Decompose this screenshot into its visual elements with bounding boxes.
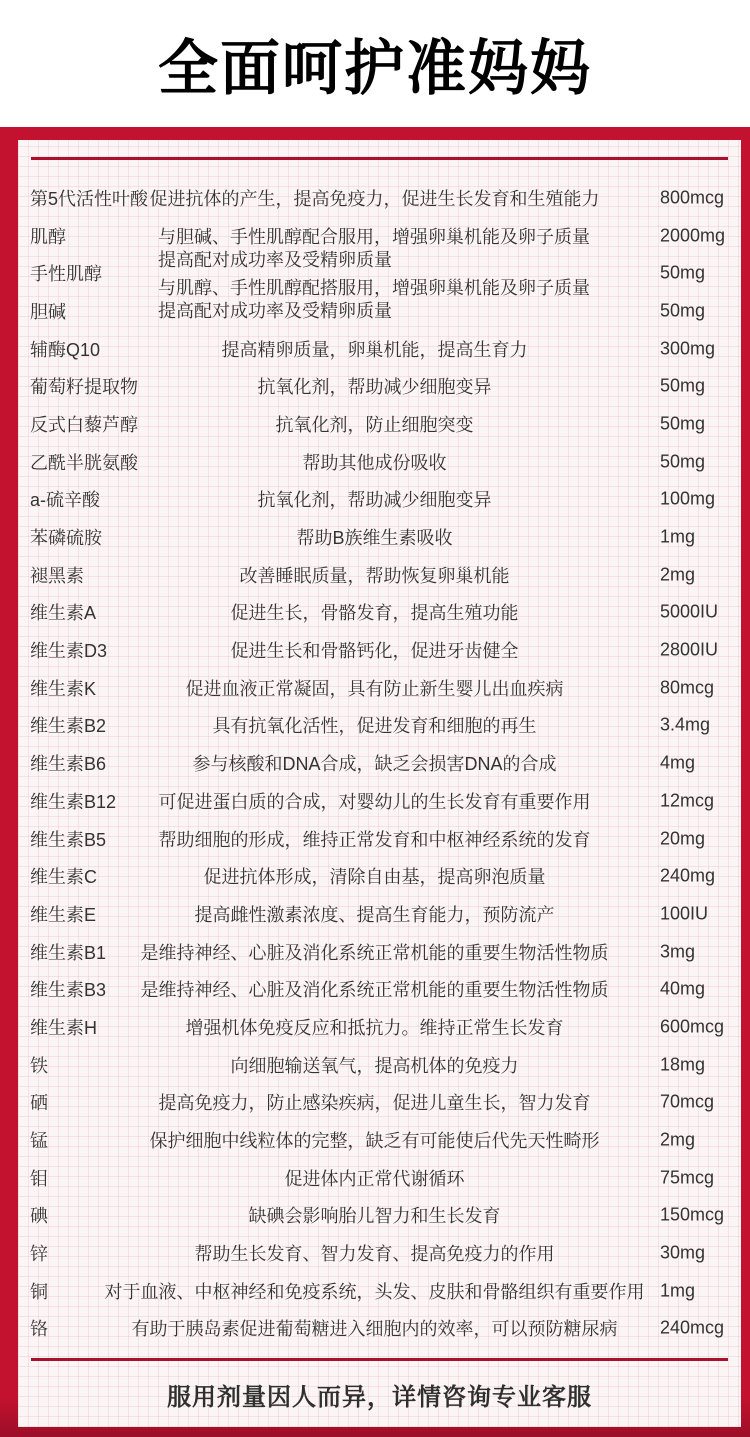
ingredient-row: 葡萄籽提取物 抗氧化剂，帮助减少细胞变异 50mg xyxy=(18,367,741,405)
ingredient-name: 铬 xyxy=(30,1315,48,1341)
ingredient-description: 向细胞输送氧气，提高机体的免疫力 xyxy=(98,1052,651,1078)
ingredient-description: 是维持神经、心脏及消化系统正常机能的重要生物活性物质 xyxy=(98,939,651,965)
ingredient-dosage: 2mg xyxy=(660,564,695,585)
ingredient-dosage: 50mg xyxy=(660,413,705,434)
page-title: 全面呵护准妈妈 xyxy=(158,21,592,107)
ingredient-name: 铁 xyxy=(30,1052,48,1078)
ingredient-description: 对于血液、中枢神经和免疫系统，头发、皮肤和骨骼组织有重要作用 xyxy=(98,1278,651,1304)
ingredient-dosage: 50mg xyxy=(660,376,705,397)
ingredient-row: 钼 促进体内正常代谢循环 75mcg xyxy=(18,1159,741,1197)
ingredient-name: 维生素E xyxy=(30,901,96,927)
top-divider xyxy=(31,157,728,160)
ingredient-row: 碘 缺碘会影响胎儿智力和生长发育 150mcg xyxy=(18,1197,741,1235)
ingredient-description: 缺碘会影响胎儿智力和生长发育 xyxy=(98,1202,651,1228)
ingredient-row: 锰 保护细胞中线粒体的完整，缺乏有可能使后代先天性畸形 2mg xyxy=(18,1121,741,1159)
ingredient-description: 促进血液正常凝固，具有防止新生婴儿出血疾病 xyxy=(98,675,651,701)
paired-description-line: 提高配对成功率及受精卵质量 xyxy=(158,300,590,323)
ingredient-name: 苯磷硫胺 xyxy=(30,524,102,550)
ingredient-description: 提高免疫力，防止感染疾病，促进儿童生长，智力发育 xyxy=(98,1089,651,1115)
ingredient-name: 维生素C xyxy=(30,863,97,889)
ingredient-name: 钼 xyxy=(30,1165,48,1191)
title-bar: 全面呵护准妈妈 xyxy=(0,0,750,127)
ingredient-dosage: 300mg xyxy=(660,338,715,359)
red-background-band: 第5代活性叶酸 促进抗体的产生，提高免疫力，促进生长发育和生殖能力 800mcg… xyxy=(0,127,750,1437)
ingredient-name: 维生素B6 xyxy=(30,750,106,776)
ingredient-dosage: 2800IU xyxy=(660,640,718,661)
ingredient-dosage: 1mg xyxy=(660,1280,695,1301)
ingredient-row: 维生素B3 是维持神经、心脏及消化系统正常机能的重要生物活性物质 40mg xyxy=(18,970,741,1008)
ingredient-row: 维生素B2 具有抗氧化活性，促进发育和细胞的再生 3.4mg xyxy=(18,707,741,745)
ingredient-row: 苯磷硫胺 帮助B族维生素吸收 1mg xyxy=(18,518,741,556)
ingredient-row: 第5代活性叶酸 促进抗体的产生，提高免疫力，促进生长发育和生殖能力 800mcg xyxy=(18,179,741,217)
ingredient-dosage: 50mg xyxy=(660,451,705,472)
paired-description-block: 与肌醇、手性肌醇配搭服用，增强卵巢机能及卵子质量提高配对成功率及受精卵质量 xyxy=(158,277,590,323)
ingredient-name: 锰 xyxy=(30,1127,48,1153)
ingredient-dosage: 100IU xyxy=(660,903,708,924)
paired-description-block: 与胆碱、手性肌醇配合服用，增强卵巢机能及卵子质量提高配对成功率及受精卵质量 xyxy=(158,226,590,272)
ingredient-description: 抗氧化剂，帮助减少细胞变异 xyxy=(98,486,651,512)
ingredient-description: 是维持神经、心脏及消化系统正常机能的重要生物活性物质 xyxy=(98,976,651,1002)
ingredient-dosage: 70mcg xyxy=(660,1092,714,1113)
ingredient-description: 抗氧化剂，帮助减少细胞变异 xyxy=(98,373,651,399)
ingredient-description: 保护细胞中线粒体的完整，缺乏有可能使后代先天性畸形 xyxy=(98,1127,651,1153)
paired-description-line: 与肌醇、手性肌醇配搭服用，增强卵巢机能及卵子质量 xyxy=(158,277,590,300)
ingredient-description: 促进生长，骨骼发育，提高生殖功能 xyxy=(98,599,651,625)
ingredient-row: 铁 向细胞输送氧气，提高机体的免疫力 18mg xyxy=(18,1046,741,1084)
ingredient-description: 促进抗体形成，清除自由基，提高卵泡质量 xyxy=(98,863,651,889)
ingredient-dosage: 80mcg xyxy=(660,677,714,698)
ingredient-dosage: 240mcg xyxy=(660,1318,724,1339)
ingredient-row: 铜 对于血液、中枢神经和免疫系统，头发、皮肤和骨骼组织有重要作用 1mg xyxy=(18,1272,741,1310)
ingredient-name: 褪黑素 xyxy=(30,562,84,588)
ingredient-name: 肌醇 xyxy=(30,223,66,249)
ingredient-dosage: 3mg xyxy=(660,941,695,962)
ingredient-dosage: 2000mg xyxy=(660,225,725,246)
ingredient-row: 辅酶Q10 提高精卵质量，卵巢机能，提高生育力 300mg xyxy=(18,330,741,368)
page: { "title": "全面呵护准妈妈", "footer_note": "服用… xyxy=(0,0,750,1437)
ingredient-name: 碘 xyxy=(30,1202,48,1228)
ingredient-description: 提高雌性激素浓度、提高生育能力，预防流产 xyxy=(98,901,651,927)
ingredient-row: 维生素B6 参与核酸和DNA合成，缺乏会损害DNA的合成 4mg xyxy=(18,744,741,782)
ingredient-dosage: 1mg xyxy=(660,527,695,548)
ingredient-row: 维生素C 促进抗体形成，清除自由基，提高卵泡质量 240mg xyxy=(18,857,741,895)
ingredient-name: 维生素K xyxy=(30,675,96,701)
ingredient-dosage: 50mg xyxy=(660,300,705,321)
ingredient-description: 可促进蛋白质的合成，对婴幼儿的生长发育有重要作用 xyxy=(98,788,651,814)
ingredient-name: 维生素B5 xyxy=(30,826,106,852)
ingredient-dosage: 30mg xyxy=(660,1243,705,1264)
ingredient-dosage: 40mg xyxy=(660,979,705,1000)
ingredient-description: 促进生长和骨骼钙化，促进牙齿健全 xyxy=(98,637,651,663)
ingredient-description: 帮助其他成份吸收 xyxy=(98,449,651,475)
ingredient-name: 辅酶Q10 xyxy=(30,336,100,362)
ingredient-description: 抗氧化剂，防止细胞突变 xyxy=(98,411,651,437)
ingredient-name: 锌 xyxy=(30,1240,48,1266)
ingredient-dosage: 12mcg xyxy=(660,790,714,811)
ingredient-description: 促进抗体的产生，提高免疫力，促进生长发育和生殖能力 xyxy=(98,185,651,211)
ingredient-description: 帮助细胞的形成，维持正常发育和中枢神经系统的发育 xyxy=(98,826,651,852)
ingredient-name: 硒 xyxy=(30,1089,48,1115)
ingredient-row: 维生素D3 促进生长和骨骼钙化，促进牙齿健全 2800IU xyxy=(18,631,741,669)
ingredient-name: 维生素H xyxy=(30,1014,97,1040)
ingredient-dosage: 20mg xyxy=(660,828,705,849)
paired-description-line: 与胆碱、手性肌醇配合服用，增强卵巢机能及卵子质量 xyxy=(158,226,590,249)
ingredient-description: 帮助生长发育、智力发育、提高免疫力的作用 xyxy=(98,1240,651,1266)
ingredient-name: a-硫辛酸 xyxy=(30,486,100,512)
ingredient-name: 铜 xyxy=(30,1278,48,1304)
ingredient-dosage: 50mg xyxy=(660,263,705,284)
ingredient-row: 乙酰半胱氨酸 帮助其他成份吸收 50mg xyxy=(18,443,741,481)
ingredient-dosage: 800mcg xyxy=(660,187,724,208)
ingredients-card: 第5代活性叶酸 促进抗体的产生，提高免疫力，促进生长发育和生殖能力 800mcg… xyxy=(18,140,741,1427)
ingredient-row: 铬 有助于胰岛素促进葡萄糖进入细胞内的效率，可以预防糖尿病 240mcg xyxy=(18,1310,741,1348)
ingredient-dosage: 4mg xyxy=(660,753,695,774)
ingredient-name: 维生素D3 xyxy=(30,637,107,663)
ingredient-row: 褪黑素 改善睡眠质量，帮助恢复卵巢机能 2mg xyxy=(18,556,741,594)
ingredient-row: 维生素A 促进生长，骨骼发育，提高生殖功能 5000IU xyxy=(18,594,741,632)
ingredient-name: 维生素A xyxy=(30,599,96,625)
ingredient-description: 增强机体免疫反应和抵抗力。维持正常生长发育 xyxy=(98,1014,651,1040)
footer-note: 服用剂量因人而异，详情咨询专业客服 xyxy=(18,1377,741,1412)
ingredient-dosage: 240mg xyxy=(660,866,715,887)
ingredient-description: 具有抗氧化活性，促进发育和细胞的再生 xyxy=(98,712,651,738)
ingredient-row: 维生素B1 是维持神经、心脏及消化系统正常机能的重要生物活性物质 3mg xyxy=(18,933,741,971)
ingredient-row: 维生素K 促进血液正常凝固，具有防止新生婴儿出血疾病 80mcg xyxy=(18,669,741,707)
ingredient-dosage: 3.4mg xyxy=(660,715,710,736)
ingredient-dosage: 150mcg xyxy=(660,1205,724,1226)
ingredient-name: 维生素B3 xyxy=(30,976,106,1002)
ingredient-dosage: 5000IU xyxy=(660,602,718,623)
ingredient-dosage: 18mg xyxy=(660,1054,705,1075)
ingredient-dosage: 100mg xyxy=(660,489,715,510)
bottom-divider xyxy=(31,1358,728,1361)
ingredient-description: 有助于胰岛素促进葡萄糖进入细胞内的效率，可以预防糖尿病 xyxy=(98,1315,651,1341)
ingredient-description: 促进体内正常代谢循环 xyxy=(98,1165,651,1191)
ingredient-dosage: 75mcg xyxy=(660,1167,714,1188)
ingredient-row: 维生素E 提高雌性激素浓度、提高生育能力，预防流产 100IU xyxy=(18,895,741,933)
ingredient-name: 手性肌醇 xyxy=(30,260,102,286)
ingredient-description: 参与核酸和DNA合成，缺乏会损害DNA的合成 xyxy=(98,750,651,776)
ingredient-row: 维生素B5 帮助细胞的形成，维持正常发育和中枢神经系统的发育 20mg xyxy=(18,820,741,858)
ingredient-name: 维生素B2 xyxy=(30,712,106,738)
ingredient-dosage: 2mg xyxy=(660,1130,695,1151)
ingredients-table: 第5代活性叶酸 促进抗体的产生，提高免疫力，促进生长发育和生殖能力 800mcg… xyxy=(18,179,741,1347)
ingredient-dosage: 600mcg xyxy=(660,1016,724,1037)
ingredient-row: 维生素H 增强机体免疫反应和抵抗力。维持正常生长发育 600mcg xyxy=(18,1008,741,1046)
ingredient-name: 维生素B1 xyxy=(30,939,106,965)
ingredient-row: 锌 帮助生长发育、智力发育、提高免疫力的作用 30mg xyxy=(18,1234,741,1272)
ingredient-description: 提高精卵质量，卵巢机能，提高生育力 xyxy=(98,336,651,362)
ingredient-row: 反式白藜芦醇 抗氧化剂，防止细胞突变 50mg xyxy=(18,405,741,443)
ingredient-row: a-硫辛酸 抗氧化剂，帮助减少细胞变异 100mg xyxy=(18,481,741,519)
paired-description-line: 提高配对成功率及受精卵质量 xyxy=(158,249,590,272)
ingredient-row: 维生素B12 可促进蛋白质的合成，对婴幼儿的生长发育有重要作用 12mcg xyxy=(18,782,741,820)
ingredient-name: 胆碱 xyxy=(30,298,66,324)
ingredient-row: 硒 提高免疫力，防止感染疾病，促进儿童生长，智力发育 70mcg xyxy=(18,1084,741,1122)
ingredient-description: 改善睡眠质量，帮助恢复卵巢机能 xyxy=(98,562,651,588)
ingredient-description: 帮助B族维生素吸收 xyxy=(98,524,651,550)
